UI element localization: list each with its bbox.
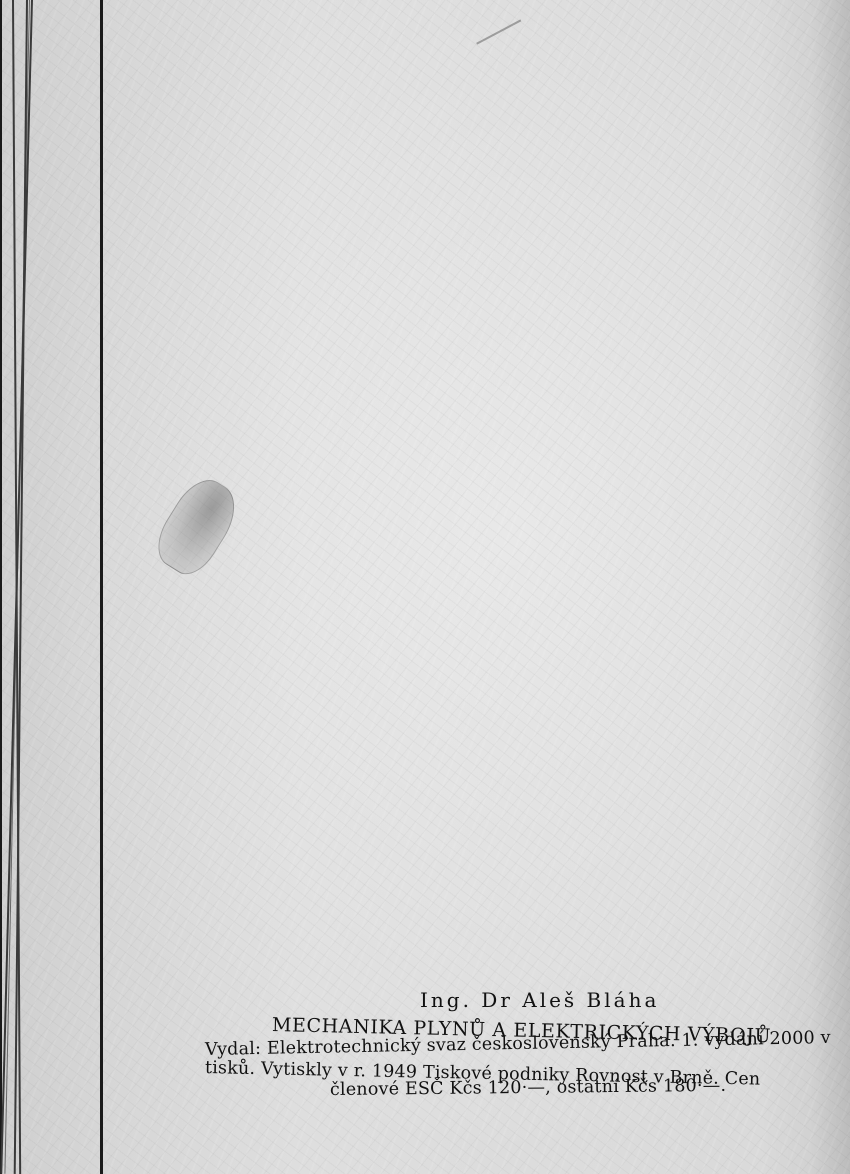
author-name: Ing. Dr Aleš Bláha [420, 988, 659, 1012]
page-edge-line [100, 0, 103, 1174]
page-edge-line [0, 0, 2, 1174]
page-shadow [810, 0, 850, 1174]
stain-mark [147, 470, 248, 583]
scratch-mark [476, 19, 530, 60]
price-line: členové ESČ Kčs 120·—, ostatní Kčs 180·—… [330, 1076, 726, 1100]
scanned-page: Ing. Dr Aleš Bláha MECHANIKA PLYNŮ A ELE… [0, 0, 850, 1174]
